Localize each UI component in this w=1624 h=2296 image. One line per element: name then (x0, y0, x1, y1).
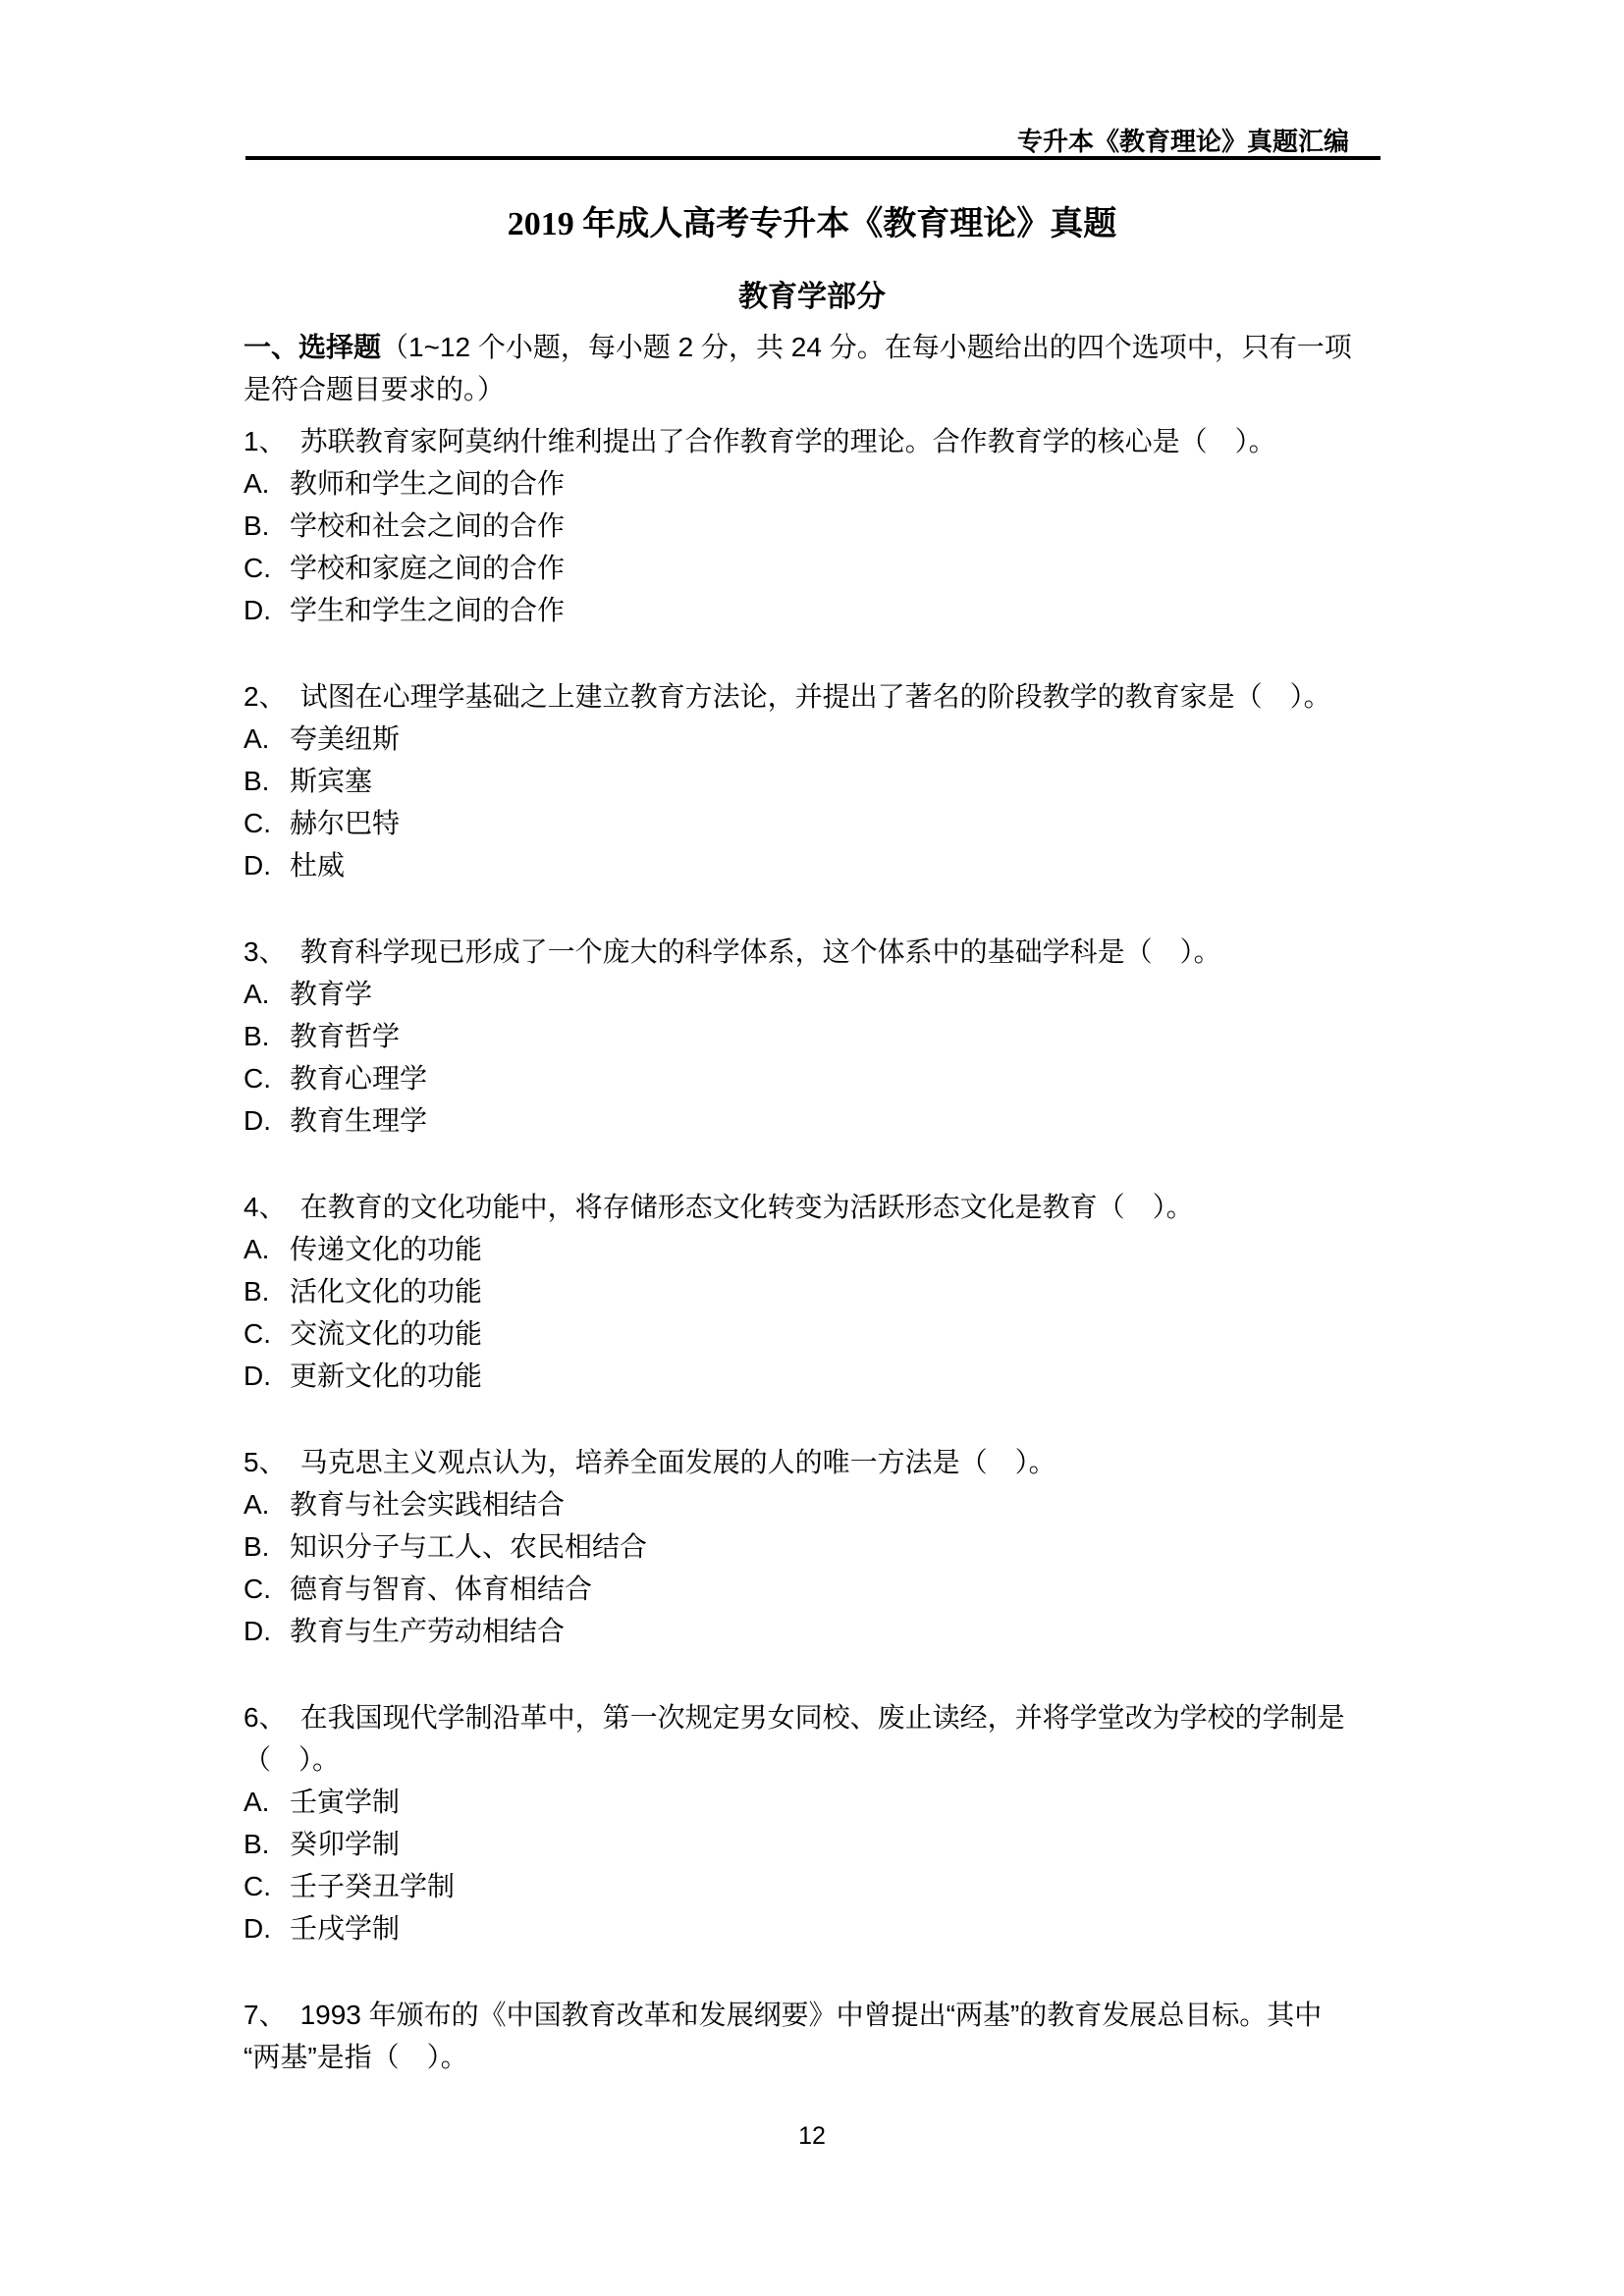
question-number: 6、 (244, 1702, 287, 1733)
question-4-option-d: D.更新文化的功能 (244, 1355, 1380, 1397)
question-2-stem: 2、试图在心理学基础之上建立教育方法论，并提出了著名的阶段教学的教育家是（ ）。 (244, 675, 1380, 718)
question-2-option-d: D.杜威 (244, 844, 1380, 886)
option-text: 更新文化的功能 (290, 1361, 482, 1391)
question-5-option-d: D.教育与生产劳动相结合 (244, 1610, 1380, 1652)
option-letter: D. (244, 1099, 275, 1142)
question-3-option-d: D.教育生理学 (244, 1099, 1380, 1142)
question-1-option-b: B.学校和社会之间的合作 (244, 505, 1380, 547)
option-letter: A. (244, 1781, 275, 1823)
option-letter: A. (244, 718, 275, 760)
question-3: 3、教育科学现已形成了一个庞大的科学体系，这个体系中的基础学科是（ ）。 A.教… (244, 931, 1380, 1142)
question-4-option-a: A.传递文化的功能 (244, 1228, 1380, 1270)
question-1-option-a: A.教师和学生之间的合作 (244, 462, 1380, 505)
option-text: 德育与智育、体育相结合 (290, 1574, 592, 1604)
question-6-option-b: B.癸卯学制 (244, 1823, 1380, 1865)
option-letter: D. (244, 1355, 275, 1397)
option-text: 夸美纽斯 (290, 723, 400, 754)
question-7: 7、1993 年颁布的《中国教育改革和发展纲要》中曾提出“两基”的教育发展总目标… (244, 1994, 1380, 2078)
question-6-option-a: A.壬寅学制 (244, 1781, 1380, 1823)
question-5-option-a: A.教育与社会实践相结合 (244, 1483, 1380, 1525)
question-3-option-b: B.教育哲学 (244, 1015, 1380, 1057)
question-2: 2、试图在心理学基础之上建立教育方法论，并提出了著名的阶段教学的教育家是（ ）。… (244, 675, 1380, 886)
option-letter: B. (244, 1525, 275, 1568)
question-number: 2、 (244, 681, 287, 712)
question-6-option-c: C.壬子癸丑学制 (244, 1865, 1380, 1907)
option-text: 学校和社会之间的合作 (290, 510, 565, 541)
option-letter: A. (244, 1228, 275, 1270)
option-text: 教育生理学 (290, 1105, 427, 1136)
option-text: 杜威 (290, 850, 345, 881)
question-stem-text: 1993 年颁布的《中国教育改革和发展纲要》中曾提出“两基”的教育发展总目标。其… (300, 2000, 1323, 2030)
option-text: 教育心理学 (290, 1063, 427, 1094)
instructions-line-2: 是符合题目要求的。） (244, 368, 1380, 410)
question-6: 6、在我国现代学制沿革中，第一次规定男女同校、废止读经，并将学堂改为学校的学制是… (244, 1696, 1380, 1949)
question-4: 4、在教育的文化功能中，将存储形态文化转变为活跃形态文化是教育（ ）。 A.传递… (244, 1186, 1380, 1397)
option-letter: C. (244, 1865, 275, 1907)
question-number: 5、 (244, 1447, 287, 1477)
question-6-option-d: D.壬戌学制 (244, 1907, 1380, 1949)
header-divider (245, 156, 1380, 160)
question-3-stem: 3、教育科学现已形成了一个庞大的科学体系，这个体系中的基础学科是（ ）。 (244, 931, 1380, 973)
option-text: 教育与社会实践相结合 (290, 1489, 565, 1520)
question-3-option-c: C.教育心理学 (244, 1057, 1380, 1099)
option-letter: A. (244, 462, 275, 505)
question-number: 3、 (244, 936, 287, 967)
question-2-option-b: B.斯宾塞 (244, 760, 1380, 802)
option-text: 斯宾塞 (290, 766, 372, 796)
question-5: 5、马克思主义观点认为，培养全面发展的人的唯一方法是（ ）。 A.教育与社会实践… (244, 1441, 1380, 1652)
question-stem-text: 苏联教育家阿莫纳什维利提出了合作教育学的理论。合作教育学的核心是（ ）。 (300, 426, 1276, 456)
question-2-option-c: C.赫尔巴特 (244, 802, 1380, 844)
option-letter: B. (244, 1015, 275, 1057)
option-letter: D. (244, 1610, 275, 1652)
question-5-option-b: B.知识分子与工人、农民相结合 (244, 1525, 1380, 1568)
option-letter: A. (244, 1483, 275, 1525)
option-text: 教师和学生之间的合作 (290, 468, 565, 499)
question-1: 1、苏联教育家阿莫纳什维利提出了合作教育学的理论。合作教育学的核心是（ ）。 A… (244, 420, 1380, 631)
instructions-line-1: 一、选择题（1~12 个小题，每小题 2 分，共 24 分。在每小题给出的四个选… (244, 326, 1380, 368)
question-1-stem: 1、苏联教育家阿莫纳什维利提出了合作教育学的理论。合作教育学的核心是（ ）。 (244, 420, 1380, 462)
option-letter: C. (244, 1568, 275, 1610)
exam-title: 2019 年成人高考专升本《教育理论》真题 (0, 196, 1624, 244)
option-letter: A. (244, 973, 275, 1015)
exam-page: 专升本《教育理论》真题汇编 2019 年成人高考专升本《教育理论》真题 教育学部… (0, 0, 1624, 2296)
option-text: 壬子癸丑学制 (290, 1871, 455, 1901)
option-letter: D. (244, 844, 275, 886)
option-text: 教育与生产劳动相结合 (290, 1616, 565, 1646)
question-stem-text: 试图在心理学基础之上建立教育方法论，并提出了著名的阶段教学的教育家是（ ）。 (300, 681, 1331, 712)
option-letter: C. (244, 547, 275, 589)
question-4-option-b: B.活化文化的功能 (244, 1270, 1380, 1312)
question-4-stem: 4、在教育的文化功能中，将存储形态文化转变为活跃形态文化是教育（ ）。 (244, 1186, 1380, 1228)
question-3-option-a: A.教育学 (244, 973, 1380, 1015)
option-letter: C. (244, 802, 275, 844)
question-5-stem: 5、马克思主义观点认为，培养全面发展的人的唯一方法是（ ）。 (244, 1441, 1380, 1483)
question-stem-text: 马克思主义观点认为，培养全面发展的人的唯一方法是（ ）。 (300, 1447, 1056, 1477)
option-text: 壬戌学制 (290, 1913, 400, 1944)
question-4-option-c: C.交流文化的功能 (244, 1312, 1380, 1355)
option-letter: B. (244, 760, 275, 802)
question-6-stem-continued: （ ）。 (244, 1738, 1380, 1781)
option-text: 教育哲学 (290, 1021, 400, 1051)
option-text: 交流文化的功能 (290, 1318, 482, 1349)
option-text: 赫尔巴特 (290, 808, 400, 838)
option-letter: C. (244, 1057, 275, 1099)
option-text: 活化文化的功能 (290, 1276, 482, 1307)
page-header: 专升本《教育理论》真题汇编 (244, 122, 1349, 158)
option-letter: D. (244, 1907, 275, 1949)
option-letter: B. (244, 1823, 275, 1865)
option-text: 知识分子与工人、农民相结合 (290, 1531, 647, 1562)
option-text: 癸卯学制 (290, 1829, 400, 1859)
page-number: 12 (0, 2122, 1624, 2151)
question-1-option-c: C.学校和家庭之间的合作 (244, 547, 1380, 589)
section-title: 教育学部分 (0, 272, 1624, 315)
question-number: 4、 (244, 1192, 287, 1222)
question-stem-text: 在教育的文化功能中，将存储形态文化转变为活跃形态文化是教育（ ）。 (300, 1192, 1194, 1222)
question-number: 7、 (244, 2000, 287, 2030)
question-2-option-a: A.夸美纽斯 (244, 718, 1380, 760)
option-text: 学校和家庭之间的合作 (290, 553, 565, 583)
question-7-stem-continued: “两基”是指（ ）。 (244, 2036, 1380, 2078)
question-5-option-c: C.德育与智育、体育相结合 (244, 1568, 1380, 1610)
question-number: 1、 (244, 426, 287, 456)
question-1-option-d: D.学生和学生之间的合作 (244, 589, 1380, 631)
question-stem-text: 教育科学现已形成了一个庞大的科学体系，这个体系中的基础学科是（ ）。 (300, 936, 1221, 967)
question-6-stem: 6、在我国现代学制沿革中，第一次规定男女同校、废止读经，并将学堂改为学校的学制是 (244, 1696, 1380, 1738)
compilation-title: 专升本《教育理论》真题汇编 (1017, 128, 1349, 156)
option-text: 教育学 (290, 979, 372, 1009)
section-instructions: 一、选择题（1~12 个小题，每小题 2 分，共 24 分。在每小题给出的四个选… (244, 326, 1380, 410)
instructions-label: 一、选择题 (244, 332, 381, 362)
option-letter: B. (244, 1270, 275, 1312)
option-letter: D. (244, 589, 275, 631)
option-text: 传递文化的功能 (290, 1234, 482, 1264)
exam-body: 一、选择题（1~12 个小题，每小题 2 分，共 24 分。在每小题给出的四个选… (244, 326, 1380, 2078)
option-text: 学生和学生之间的合作 (290, 595, 565, 625)
option-letter: B. (244, 505, 275, 547)
question-stem-text: 在我国现代学制沿革中，第一次规定男女同校、废止读经，并将学堂改为学校的学制是 (300, 1702, 1345, 1733)
option-letter: C. (244, 1312, 275, 1355)
option-text: 壬寅学制 (290, 1787, 400, 1817)
instructions-text: （1~12 个小题，每小题 2 分，共 24 分。在每小题给出的四个选项中，只有… (381, 332, 1352, 362)
question-7-stem: 7、1993 年颁布的《中国教育改革和发展纲要》中曾提出“两基”的教育发展总目标… (244, 1994, 1380, 2036)
